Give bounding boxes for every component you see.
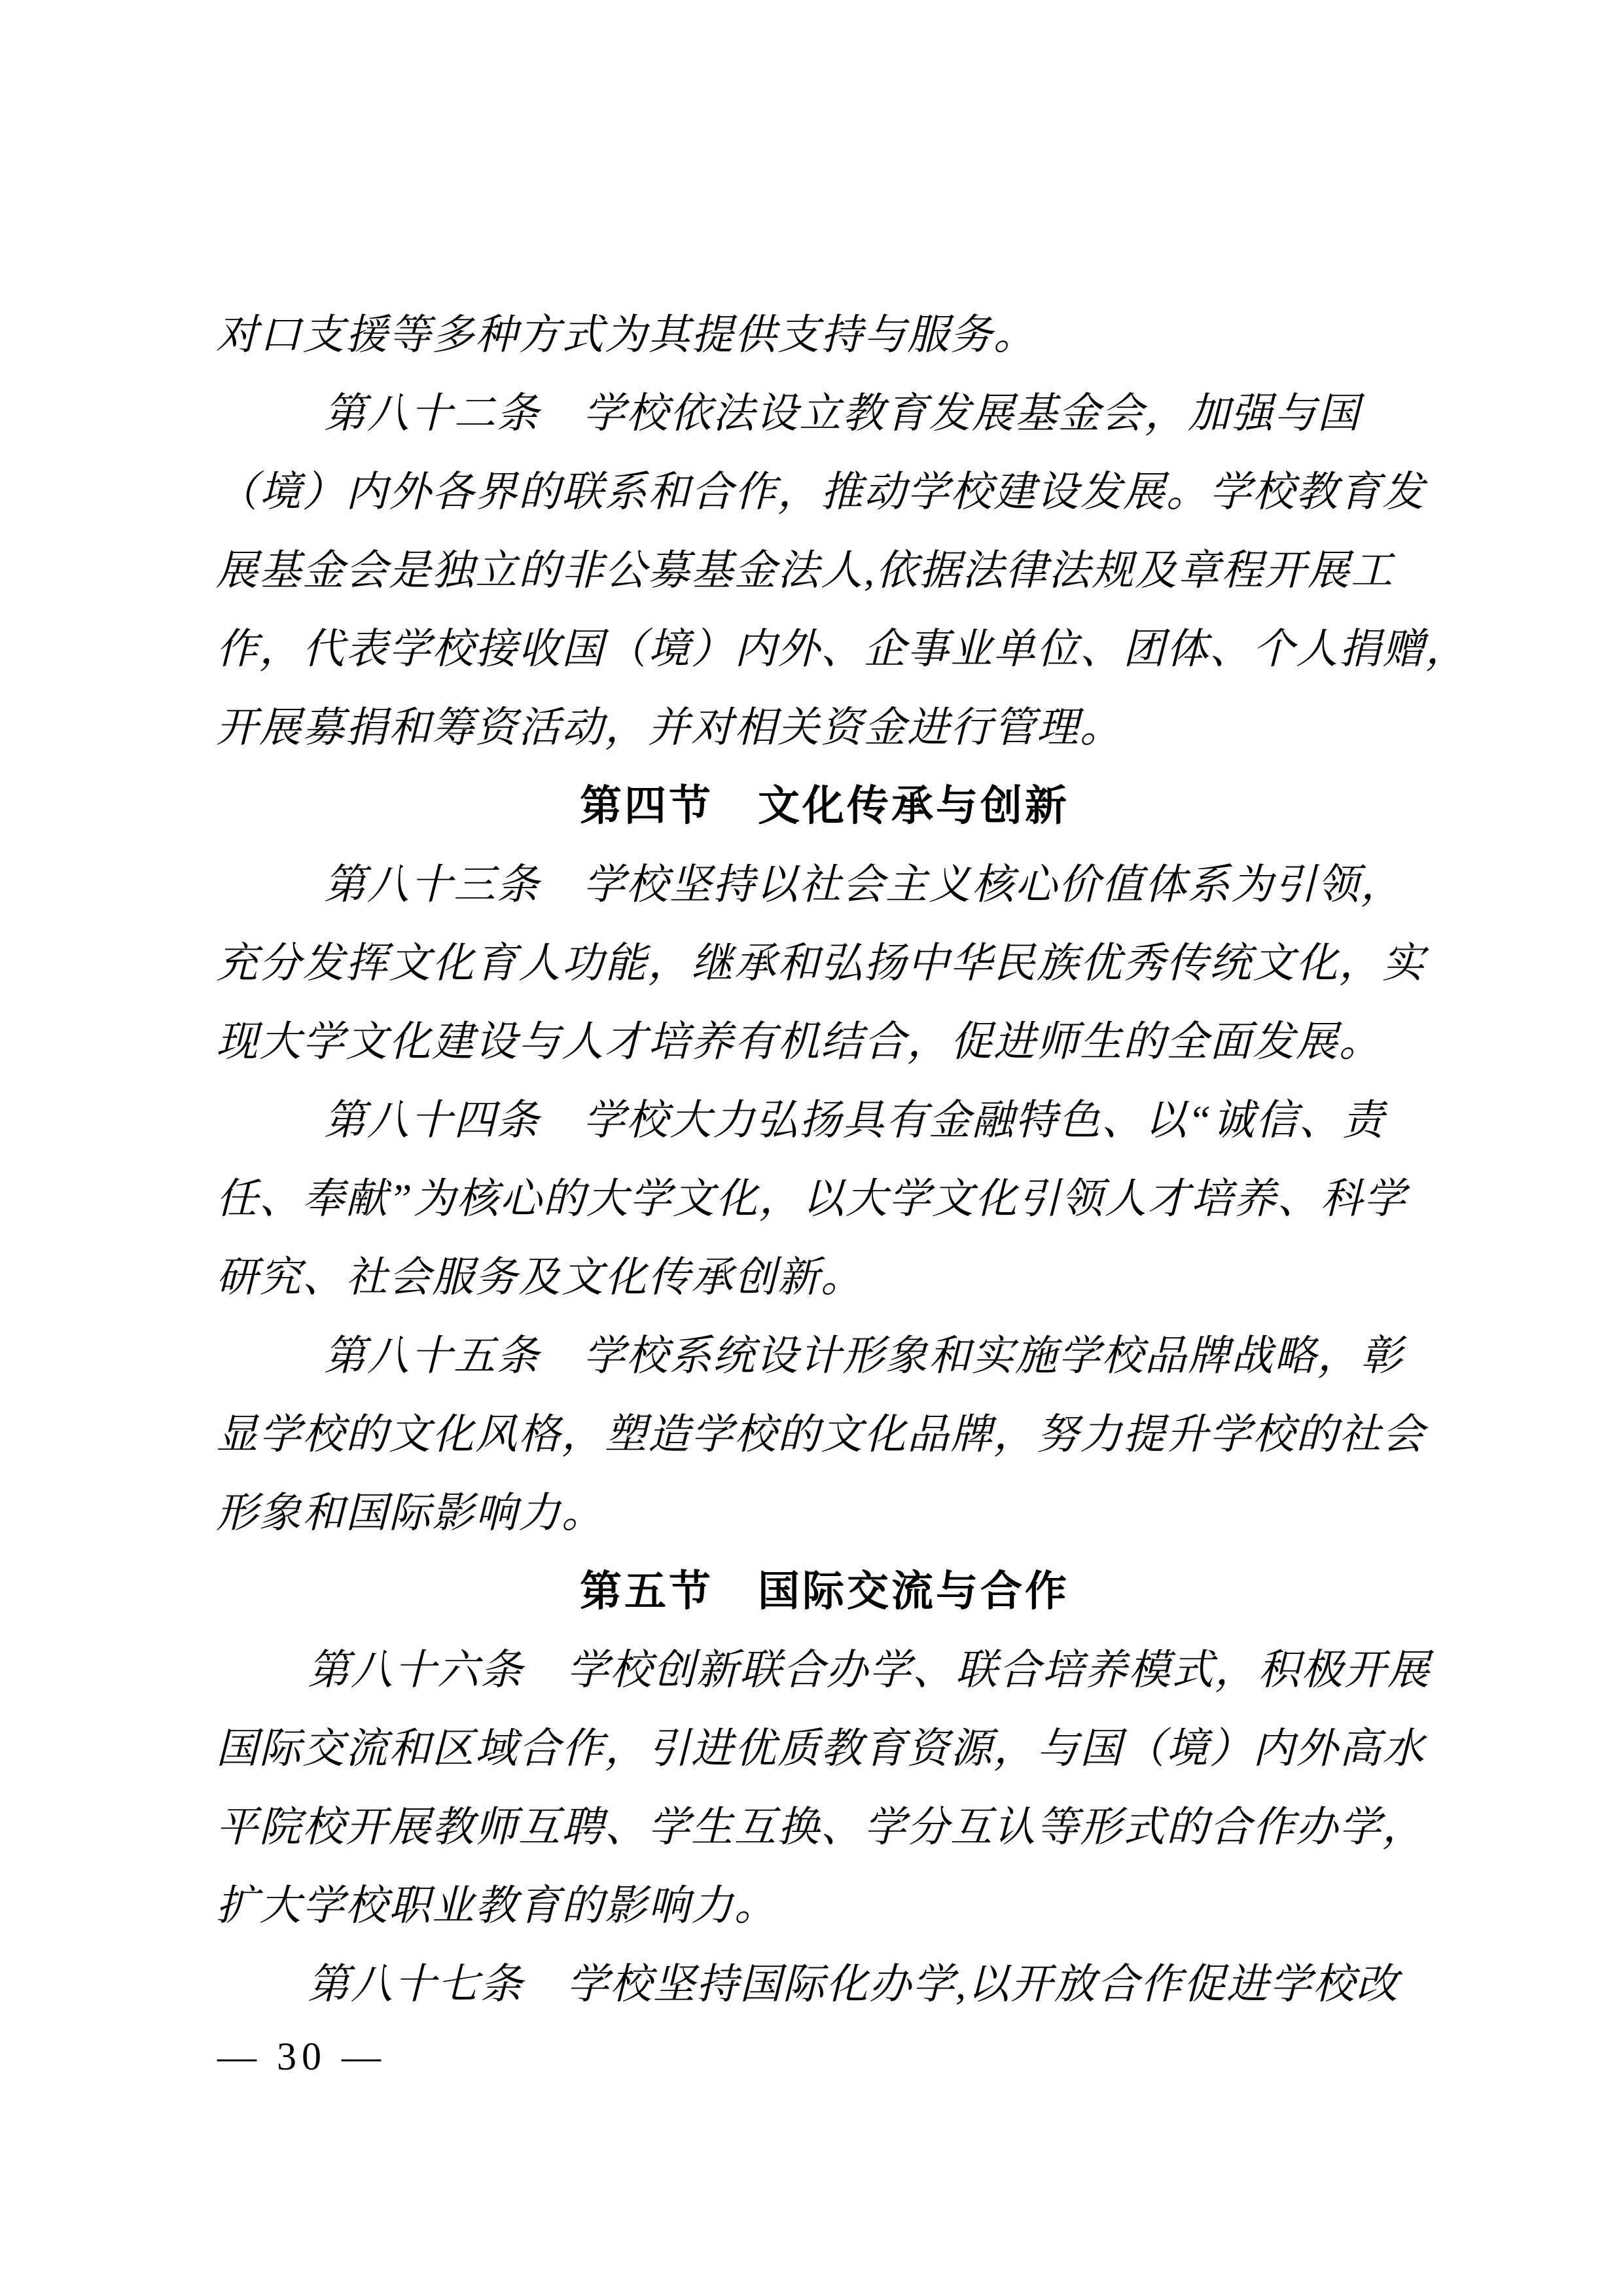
article-86-start-line: 第八十六条 学校创新联合办学、联合培养模式，积极开展 <box>216 1631 1433 1710</box>
text-line: 展基金会是独立的非公募基金法人,依据法律法规及章程开展工 <box>216 531 1433 610</box>
section-heading-5: 第五节 国际交流与合作 <box>216 1552 1433 1631</box>
text-line: 形象和国际影响力。 <box>216 1474 1433 1552</box>
text-line: 任、奉献”为核心的大学文化，以大学文化引领人才培养、科学 <box>216 1160 1433 1238</box>
text-line: （境）内外各界的联系和合作，推动学校建设发展。学校教育发 <box>216 453 1433 531</box>
text-line: 充分发挥文化育人功能，继承和弘扬中华民族优秀传统文化，实 <box>216 924 1433 1003</box>
section-heading-4: 第四节 文化传承与创新 <box>216 767 1433 846</box>
text-line: 平院校开展教师互聘、学生互换、学分互认等形式的合作办学， <box>216 1788 1433 1867</box>
text-line: 作，代表学校接收国（境）内外、企事业单位、团体、个人捐赠， <box>216 610 1433 689</box>
text-line: 显学校的文化风格，塑造学校的文化品牌，努力提升学校的社会 <box>216 1395 1433 1474</box>
article-83-start-line: 第八十三条 学校坚持以社会主义核心价值体系为引领， <box>216 846 1433 924</box>
text-line: 现大学文化建设与人才培养有机结合，促进师生的全面发展。 <box>216 1003 1433 1081</box>
article-84-start-line: 第八十四条 学校大力弘扬具有金融特色、以“诚信、责 <box>216 1081 1433 1160</box>
text-line: 对口支援等多种方式为其提供支持与服务。 <box>216 296 1433 374</box>
document-body: 对口支援等多种方式为其提供支持与服务。 第八十二条 学校依法设立教育发展基金会，… <box>216 296 1433 2024</box>
text-line: 研究、社会服务及文化传承创新。 <box>216 1238 1433 1317</box>
page-number-footer: — 30 — <box>217 2030 386 2083</box>
article-82-start-line: 第八十二条 学校依法设立教育发展基金会，加强与国 <box>216 374 1433 453</box>
document-page: 对口支援等多种方式为其提供支持与服务。 第八十二条 学校依法设立教育发展基金会，… <box>0 0 1623 2296</box>
text-line: 开展募捐和筹资活动，并对相关资金进行管理。 <box>216 689 1433 767</box>
article-85-start-line: 第八十五条 学校系统设计形象和实施学校品牌战略，彰 <box>216 1317 1433 1395</box>
text-line: 扩大学校职业教育的影响力。 <box>216 1867 1433 1945</box>
text-line: 国际交流和区域合作，引进优质教育资源，与国（境）内外高水 <box>216 1710 1433 1788</box>
article-87-start-line: 第八十七条 学校坚持国际化办学,以开放合作促进学校改 <box>216 1945 1433 2024</box>
